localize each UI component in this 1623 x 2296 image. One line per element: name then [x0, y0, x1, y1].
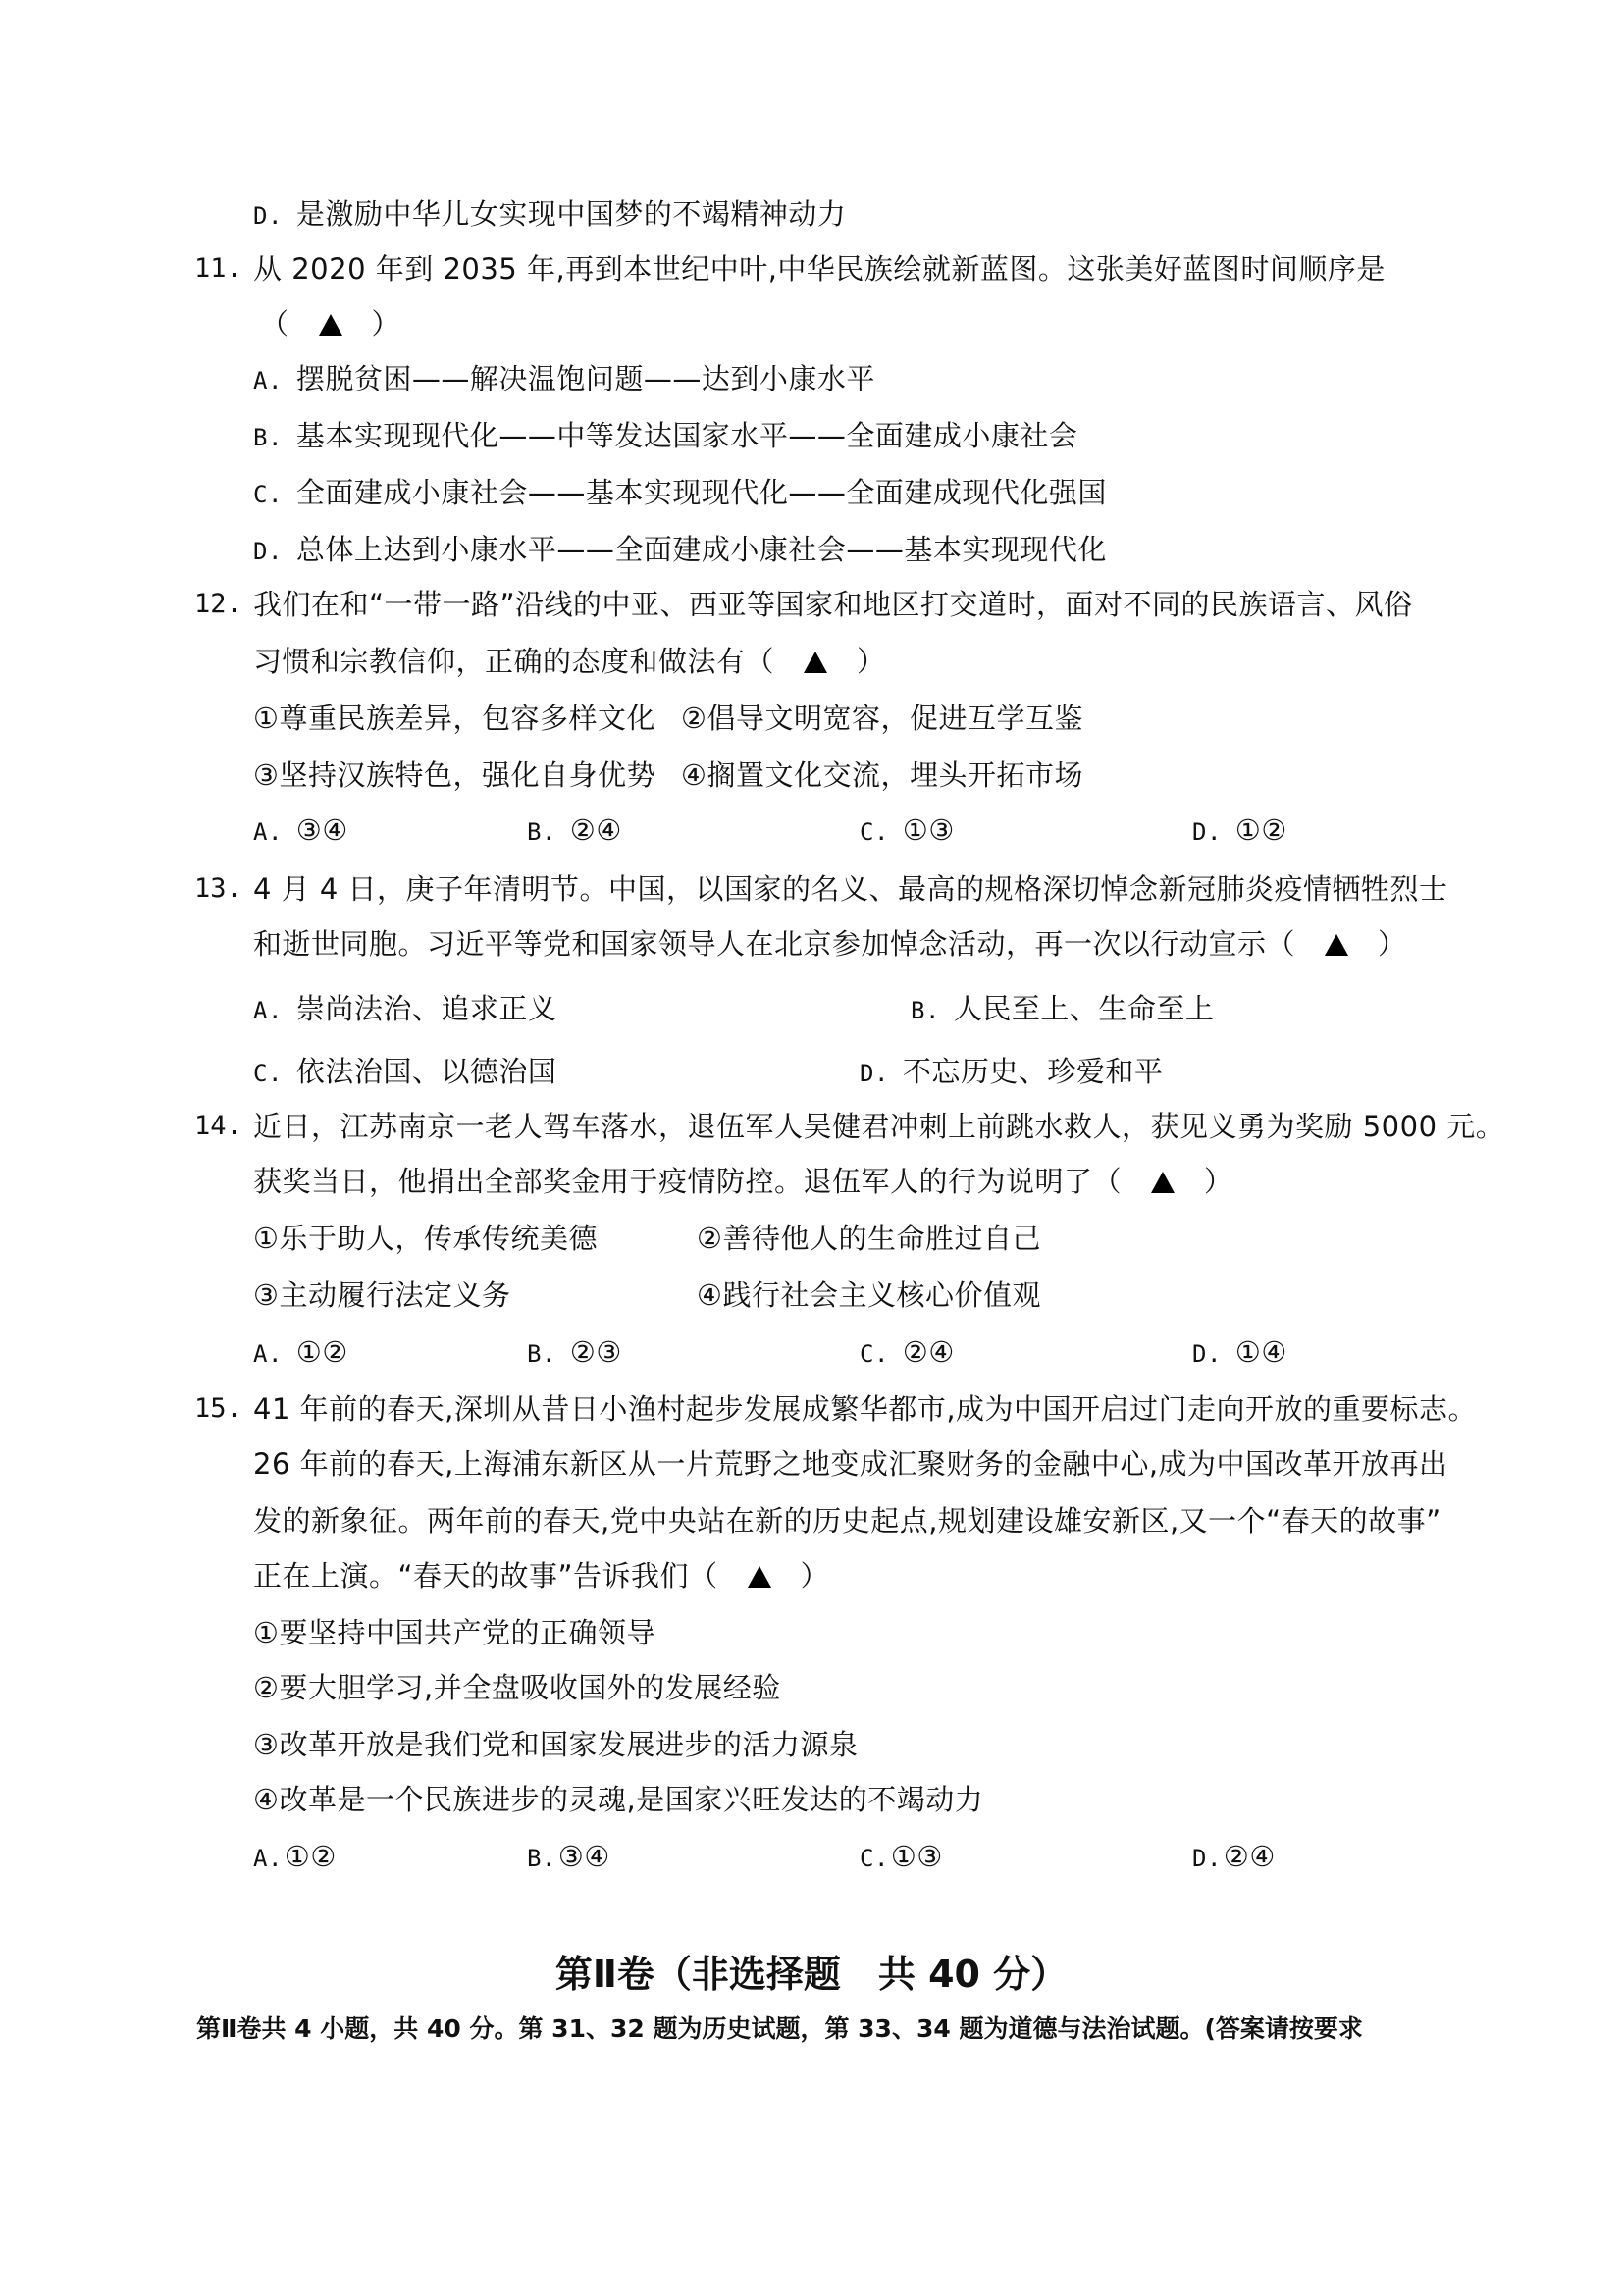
question-14-statement-4: ④践行社会主义核心价值观	[697, 1278, 1041, 1313]
question-14-option-a: A.①②	[253, 1334, 348, 1372]
question-12-option-b: B.②④	[527, 812, 622, 850]
question-12-option-d: D.①②	[1192, 812, 1287, 850]
exam-page: D.是激励中华儿女实现中国梦的不竭精神动力 11. 从 2020 年到 2035…	[0, 0, 1623, 2296]
answer-marker-triangle-icon	[319, 314, 342, 336]
question-number-11: 11.	[194, 251, 242, 287]
question-15-statement-2: ②要大胆学习,并全盘吸收国外的发展经验	[253, 1670, 781, 1705]
question-15-stem-line-4: 正在上演。“春天的故事”告诉我们（）	[253, 1558, 829, 1593]
question-11-answer-blank: （）	[260, 306, 400, 341]
question-11-option-d: D.总体上达到小康水平——全面建成小康社会——基本实现现代化	[253, 532, 1107, 569]
question-number-12: 12.	[194, 587, 242, 622]
question-15-statement-1: ①要坚持中国共产党的正确领导	[253, 1615, 655, 1650]
option-letter: D.	[253, 202, 283, 230]
question-15-option-b: B.③④	[527, 1839, 610, 1876]
question-14-stem-line-2: 获奖当日，他捐出全部奖金用于疫情防控。退伍军人的行为说明了（）	[253, 1164, 1233, 1199]
question-12-statement-4: ④搁置文化交流，埋头开拓市场	[681, 757, 1083, 793]
question-12-stem-line-1: 我们在和“一带一路”沿线的中亚、西亚等国家和地区打交道时，面对不同的民族语言、风…	[253, 587, 1413, 622]
question-14-option-b: B.②③	[527, 1334, 622, 1372]
section-two-title: 第Ⅱ卷（非选择题 共 40 分）	[0, 1953, 1623, 1996]
question-13-option-b: B.人民至上、生命至上	[911, 991, 1214, 1028]
question-11-option-b: B.基本实现现代化——中等发达国家水平——全面建成小康社会	[253, 418, 1077, 455]
question-11-option-a: A.摆脱贫困——解决温饱问题——达到小康水平	[253, 361, 875, 398]
option-text: 是激励中华儿女实现中国梦的不竭精神动力	[296, 197, 847, 231]
question-12-statement-1: ①尊重民族差异，包容多样文化	[253, 701, 655, 736]
question-11-stem: 从 2020 年到 2035 年,再到本世纪中叶,中华民族绘就新蓝图。这张美好蓝…	[253, 251, 1386, 287]
question-number-13: 13.	[194, 871, 242, 907]
question-15-option-c: C.①③	[860, 1839, 943, 1876]
question-13-stem-line-2: 和逝世同胞。习近平等党和国家领导人在北京参加悼念活动，再一次以行动宣示（）	[253, 926, 1407, 962]
section-two-instructions: 第Ⅱ卷共 4 小题，共 40 分。第 31、32 题为历史试题，第 33、34 …	[196, 2013, 1363, 2045]
answer-marker-triangle-icon	[748, 1566, 771, 1588]
question-13-option-d: D.不忘历史、珍爱和平	[860, 1054, 1163, 1091]
question-number-15: 15.	[194, 1391, 242, 1427]
question-14-statement-1: ①乐于助人，传承传统美德	[253, 1221, 598, 1256]
answer-marker-triangle-icon	[1151, 1172, 1175, 1193]
question-15-statement-3: ③改革开放是我们党和国家发展进步的活力源泉	[253, 1727, 859, 1762]
question-15-stem-line-1: 41 年前的春天,深圳从昔日小渔村起步发展成繁华都市,成为中国开启过门走向开放的…	[253, 1391, 1477, 1427]
question-12-option-c: C.①③	[860, 812, 955, 850]
question-14-stem-line-1: 近日，江苏南京一老人驾车落水，退伍军人吴健君冲刺上前跳水救人，获见义勇为奖励 5…	[253, 1109, 1504, 1144]
question-11-option-c: C.全面建成小康社会——基本实现现代化——全面建成现代化强国	[253, 475, 1107, 512]
option-prev-d: D.是激励中华儿女实现中国梦的不竭精神动力	[253, 196, 846, 234]
question-number-14: 14.	[194, 1109, 242, 1144]
question-12-stem-line-2: 习惯和宗教信仰，正确的态度和做法有（）	[253, 644, 886, 679]
question-15-stem-line-2: 26 年前的春天,上海浦东新区从一片荒野之地变成汇聚财务的金融中心,成为中国改革…	[253, 1446, 1448, 1482]
question-13-option-a: A.崇尚法治、追求正义	[253, 991, 556, 1028]
question-15-stem-line-3: 发的新象征。两年前的春天,党中央站在新的历史起点,规划建设雄安新区,又一个“春天…	[253, 1503, 1441, 1539]
question-15-option-d: D.②④	[1192, 1839, 1276, 1876]
question-13-option-c: C.依法治国、以德治国	[253, 1054, 556, 1091]
question-14-statement-2: ②善待他人的生命胜过自己	[697, 1221, 1041, 1256]
question-12-statement-3: ③坚持汉族特色，强化自身优势	[253, 757, 655, 793]
question-15-option-a: A.①②	[253, 1839, 337, 1876]
question-12-option-a: A.③④	[253, 812, 348, 850]
question-14-statement-3: ③主动履行法定义务	[253, 1278, 511, 1313]
question-14-option-d: D.①④	[1192, 1334, 1287, 1372]
question-13-stem-line-1: 4 月 4 日，庚子年清明节。中国，以国家的名义、最高的规格深切悼念新冠肺炎疫情…	[253, 871, 1448, 907]
question-12-statement-2: ②倡导文明宽容，促进互学互鉴	[681, 701, 1083, 736]
question-14-option-c: C.②④	[860, 1334, 955, 1372]
question-15-statement-4: ④改革是一个民族进步的灵魂,是国家兴旺发达的不竭动力	[253, 1782, 983, 1817]
answer-marker-triangle-icon	[804, 652, 827, 673]
answer-marker-triangle-icon	[1325, 934, 1348, 956]
